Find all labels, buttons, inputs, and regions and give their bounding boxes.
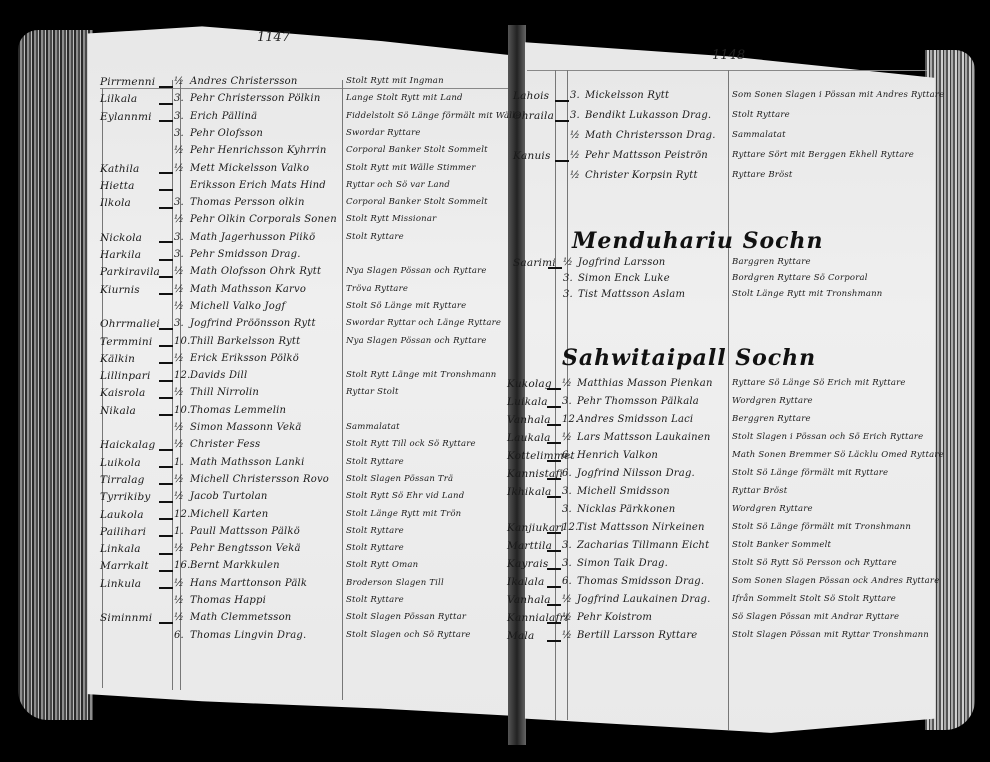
entry-place: Ilkola [100,197,131,209]
entry-place: Tirralag [100,474,145,486]
entry-name: Zacharias Tillmann Eicht [577,540,709,551]
entry-note: Ifrån Sommelt Stolt Sö Stolt Ryttare [732,594,896,604]
entry-name: Matthias Masson Pienkan [577,378,713,389]
entry-note: Stolt Ryttare [346,543,404,553]
entry-name: Math Olofsson Ohrk Rytt [190,266,321,277]
entry-note: Sammalatat [346,422,400,432]
entry-number: ½ [174,145,184,156]
entry-name: Tist Mattsson Aslam [578,289,685,300]
entry-place: Lillinpari [100,370,151,382]
entry-number: 10. [174,336,191,347]
entry-place: Laukola [100,509,144,521]
entry-dash [156,323,176,334]
entry-number: 3. [562,558,572,569]
entry-number: 3. [563,289,573,300]
entry-note: Stolt Rytt Länge mit Tronshmann [346,370,496,380]
entry-name: Jacob Turtolan [190,491,268,502]
entry-note: Corporal Banker Stolt Sommelt [346,197,488,207]
entry-number: 16. [174,560,191,571]
entry-dash [156,462,176,473]
entry-note: Swordar Ryttar och Länge Ryttare [346,318,501,328]
entry-name: Andres Christersson [190,76,298,87]
entry-name: Thomas Happi [190,595,266,606]
entry-number: ½ [174,422,184,433]
entry-number: ½ [174,163,184,174]
entry-dash [544,473,564,484]
right-page-number: 1148 [712,48,745,63]
entry-dash [552,115,572,126]
right-page-header-rule [527,70,927,71]
entry-note: Stolt Rytt mit Ingman [346,76,444,86]
entry-note: Stolt Slagen Pössan Ryttar [346,612,466,622]
entry-name: Pehr Olkin Corporals Sonen [190,214,337,225]
entry-number: ½ [174,266,184,277]
entry-place: Luikala [507,396,548,408]
entry-note: Berggren Ryttare [732,414,811,424]
entry-number: 1. [174,457,184,468]
entry-place: Nikala [100,405,136,417]
entry-dash [156,514,176,525]
entry-name: Mett Mickelsson Valko [190,163,309,174]
left-column-rule-3 [342,80,343,700]
entry-name: Mickelsson Rytt [585,90,669,101]
entry-name: Christer Korpsin Rytt [585,170,698,181]
entry-dash [544,401,564,412]
entry-place: Termmini [100,336,152,348]
entry-note: Stolt Rytt Sö Ehr vid Land [346,491,464,501]
entry-name: Nicklas Pärkkonen [577,504,675,515]
entry-dash [552,95,572,106]
entry-number: 1. [174,526,184,537]
entry-number: ½ [174,387,184,398]
entry-number: ½ [174,491,184,502]
entry-number: 6. [562,576,572,587]
entry-place: Kayrais [507,558,548,570]
entry-number: ½ [570,150,580,161]
entry-number: ½ [174,612,184,623]
entry-number: 6. [174,630,184,641]
entry-note: Stolt Slagen och Sö Ryttare [346,630,471,640]
entry-dash [156,617,176,628]
entry-name: Pehr Henrichsson Kyhrrin [190,145,327,156]
entry-number: ½ [174,543,184,554]
entry-dash [156,254,176,265]
entry-dash [156,410,176,421]
entry-note: Wordgren Ryttare [732,396,813,406]
entry-number: 3. [174,249,184,260]
right-column-rule-2 [728,70,729,730]
entry-dash [156,271,176,282]
entry-note: Ryttare Sört mit Berggen Ekhell Ryttare [732,150,914,160]
entry-place: Kälkin [100,353,135,365]
entry-name: Math Christersson Drag. [585,130,716,141]
entry-number: 6. [562,468,572,479]
entry-name: Thomas Smidsson Drag. [577,576,704,587]
entry-number: 3. [174,93,184,104]
entry-note: Sö Slagen Pössan mit Andrar Ryttare [732,612,899,622]
open-ledger-book: 1147 1148 Pirrmenni½Andres ChristerssonS… [0,0,990,762]
entry-number: ½ [570,130,580,141]
entry-note: Stolt Rytt Oman [346,560,418,570]
entry-number: 12. [174,509,191,520]
entry-note: Stolt Banker Sommelt [732,540,831,550]
entry-place: Ikalala [507,576,544,588]
entry-name: Bertill Larsson Ryttare [577,630,697,641]
entry-number: 3. [174,111,184,122]
entry-number: 3. [174,232,184,243]
entry-name: Thomas Lingvin Drag. [190,630,306,641]
entry-name: Math Mathsson Lanki [190,457,305,468]
left-page-number: 1147 [257,30,290,45]
entry-note: Stolt Rytt Missionar [346,214,436,224]
entry-number: ½ [562,612,572,623]
entry-place: Kiurnis [100,284,140,296]
entry-name: Lars Mattsson Laukainen [577,432,711,443]
entry-dash [156,479,176,490]
entry-number: 6. [562,450,572,461]
entry-note: Stolt Rytt mit Wälle Stimmer [346,163,476,173]
entry-note: Broderson Slagen Till [346,578,444,588]
entry-note: Stolt Ryttare [732,110,790,120]
entry-place: Ohraila [513,110,554,122]
entry-dash [552,155,572,166]
entry-number: ½ [174,301,184,312]
entry-note: Stolt Sö Länge mit Ryttare [346,301,466,311]
entry-dash [156,289,176,300]
entry-name: Math Jagerhusson Piikö [190,232,315,243]
entry-place: Lilkala [100,93,137,105]
entry-note: Stolt Ryttare [346,526,404,536]
entry-place: Lahois [513,90,549,102]
entry-dash [544,527,564,538]
entry-name: Pehr Thomsson Pälkala [577,396,699,407]
entry-number: ½ [562,432,572,443]
entry-name: Pehr Koistrom [577,612,652,623]
entry-note: Stolt Sö Rytt Sö Persson och Ryttare [732,558,897,568]
entry-name: Hans Marttonson Pälk [190,578,307,589]
section-title-menduharju: Menduhariu Sochn [572,228,824,254]
entry-name: Pehr Smidsson Drag. [190,249,301,260]
entry-place: Kathila [100,163,139,175]
entry-place: Parkiravila [100,266,160,278]
entry-name: Jogfrind Laukainen Drag. [577,594,711,605]
entry-name: Michell Valko Jogf [190,301,285,312]
entry-name: Tist Mattsson Nirkeinen [577,522,705,533]
entry-name: Davids Dill [190,370,247,381]
entry-note: Ryttare Sö Länge Sö Erich mit Ryttare [732,378,906,388]
entry-note: Corporal Banker Stolt Sommelt [346,145,488,155]
entry-dash [544,437,564,448]
entry-number: 3. [174,318,184,329]
entry-note: Stolt Slagen Pössan Trä [346,474,453,484]
entry-note: Tröva Ryttare [346,284,408,294]
entry-place: Pailihari [100,526,146,538]
entry-number: ½ [174,76,184,87]
entry-place: Mala [507,630,534,642]
entry-note: Bordgren Ryttare Sö Corporal [732,273,868,283]
entry-number: ½ [570,170,580,181]
entry-number: 3. [562,504,572,515]
entry-note: Stolt Ryttare [346,595,404,605]
entry-dash [544,635,564,646]
entry-note: Stolt Slagen i Pössan och Sö Erich Rytta… [732,432,923,442]
entry-place: Ohrrmaliei [100,318,160,330]
entry-name: Math Clemmetsson [190,612,291,623]
entry-dash [545,262,565,273]
entry-name: Pehr Bengtsson Vekä [190,543,301,554]
entry-place: Haickalag [100,439,155,451]
entry-place: Siminnmi [100,612,152,624]
entry-number: 3. [174,128,184,139]
entry-number: ½ [174,439,184,450]
entry-dash [544,383,564,394]
entry-note: Stolt Länge Rytt mit Trön [346,509,461,519]
entry-number: ½ [174,353,184,364]
entry-dash [156,237,176,248]
entry-dash [544,419,564,430]
entry-note: Nya Slagen Pössan och Ryttare [346,266,487,276]
entry-place: Hietta [100,180,135,192]
entry-note: Ryttar och Sö var Land [346,180,450,190]
entry-name: Jogfrind Nilsson Drag. [577,468,695,479]
entry-place: Nickola [100,232,142,244]
entry-dash [544,599,564,610]
entry-name: Paull Mattsson Pälkö [190,526,300,537]
entry-dash [156,81,176,92]
entry-note: Swordar Ryttare [346,128,421,138]
entry-number: 3. [562,396,572,407]
entry-dash [156,531,176,542]
entry-name: Andres Smidsson Laci [577,414,693,425]
entry-number: ½ [174,284,184,295]
entry-note: Som Sonen Slagen Pössan ock Andres Rytta… [732,576,939,586]
entry-note: Stolt Länge Rytt mit Tronshmann [732,289,882,299]
entry-name: Henrich Valkon [577,450,658,461]
entry-name: Erick Eriksson Pölkö [190,353,299,364]
entry-dash [156,98,176,109]
entry-name: Simon Enck Luke [578,273,670,284]
entry-name: Pehr Mattsson Peiströn [585,150,708,161]
entry-dash [544,563,564,574]
entry-note: Stolt Sö Länge förmält mit Ryttare [732,468,888,478]
entry-note: Nya Slagen Pössan och Ryttare [346,336,487,346]
entry-note: Som Sonen Slagen i Pössan mit Andres Ryt… [732,90,944,100]
entry-dash [156,202,176,213]
entry-name: Christer Fess [190,439,260,450]
entry-name: Bendikt Lukasson Drag. [585,110,711,121]
entry-place: Harkila [100,249,141,261]
entry-dash [156,168,176,179]
entry-dash [156,116,176,127]
entry-name: Michell Karten [190,509,268,520]
entry-dash [156,548,176,559]
entry-note: Math Sonen Bremmer Sö Läcklu Omed Ryttar… [732,450,944,460]
entry-number: ½ [562,378,572,389]
entry-name: Bernt Markkulen [190,560,280,571]
entry-name: Michell Smidsson [577,486,670,497]
entry-number: 3. [562,486,572,497]
entry-number: 3. [563,273,573,284]
entry-name: Simon Massonn Vekä [190,422,302,433]
entry-dash [544,491,564,502]
entry-note: Lange Stolt Rytt mit Land [346,93,463,103]
entry-name: Jogfrind Larsson [578,257,665,268]
entry-name: Michell Christersson Rovo [190,474,329,485]
entry-note: Ryttar Stolt [346,387,399,397]
entry-note: Barggren Ryttare [732,257,811,267]
entry-note: Stolt Slagen Pössan mit Ryttar Tronshman… [732,630,929,640]
entry-note: Stolt Ryttare [346,232,404,242]
entry-dash [156,444,176,455]
entry-note: Wordgren Ryttare [732,504,813,514]
entry-note: Ryttare Bröst [732,170,793,180]
entry-number: 10. [174,405,191,416]
entry-name: Jogfrind Pröönsson Rytt [190,318,316,329]
entry-dash [156,358,176,369]
entry-number: ½ [562,630,572,641]
section-title-sahwitaipall: Sahwitaipall Sochn [562,345,816,371]
entry-number: ½ [174,595,184,606]
entry-note: Stolt Sö Länge förmält mit Tronshmann [732,522,911,532]
entry-dash [156,392,176,403]
entry-place: Marrkalt [100,560,149,572]
entry-dash [156,565,176,576]
entry-dash [544,545,564,556]
entry-name: Thill Barkelsson Rytt [190,336,300,347]
entry-number: ½ [174,578,184,589]
entry-place: Kaisrola [100,387,145,399]
entry-number: ½ [174,214,184,225]
entry-place: Tyrrikiby [100,491,151,503]
entry-place: Linkula [100,578,141,590]
entry-place: Eylannmi [100,111,152,123]
entry-note: Fiddelstolt Sö Länge förmält mit Wälle [346,111,520,121]
entry-number: 3. [562,540,572,551]
entry-place: Kanuis [513,150,551,162]
entry-number: ½ [174,474,184,485]
entry-number: ½ [563,257,573,268]
book-page-edges-left [18,30,93,720]
entry-dash [156,496,176,507]
entry-name: Math Mathsson Karvo [190,284,306,295]
entry-note: Ryttar Bröst [732,486,787,496]
entry-place: Pirrmenni [100,76,155,88]
entry-place: Luikola [100,457,141,469]
entry-name: Pehr Olofsson [190,128,263,139]
entry-number: ½ [562,594,572,605]
entry-note: Sammalatat [732,130,786,140]
entry-name: Erich Pällinä [190,111,257,122]
entry-name: Eriksson Erich Mats Hind [190,180,326,191]
entry-number: 3. [174,197,184,208]
entry-number: 3. [570,90,580,101]
entry-dash [544,455,564,466]
entry-number: 12. [174,370,191,381]
entry-number: 3. [570,110,580,121]
entry-place: Linkala [100,543,141,555]
entry-note: Stolt Rytt Till ock Sö Ryttare [346,439,476,449]
entry-name: Thomas Persson olkin [190,197,305,208]
entry-name: Thomas Lemmelin [190,405,286,416]
entry-name: Simon Taik Drag. [577,558,668,569]
entry-name: Pehr Christersson Pölkin [190,93,320,104]
entry-dash [156,185,176,196]
entry-name: Thill Nirrolin [190,387,259,398]
entry-dash [156,583,176,594]
entry-dash [156,341,176,352]
entry-dash [544,581,564,592]
entry-dash [544,617,564,628]
entry-note: Stolt Ryttare [346,457,404,467]
entry-dash [156,375,176,386]
